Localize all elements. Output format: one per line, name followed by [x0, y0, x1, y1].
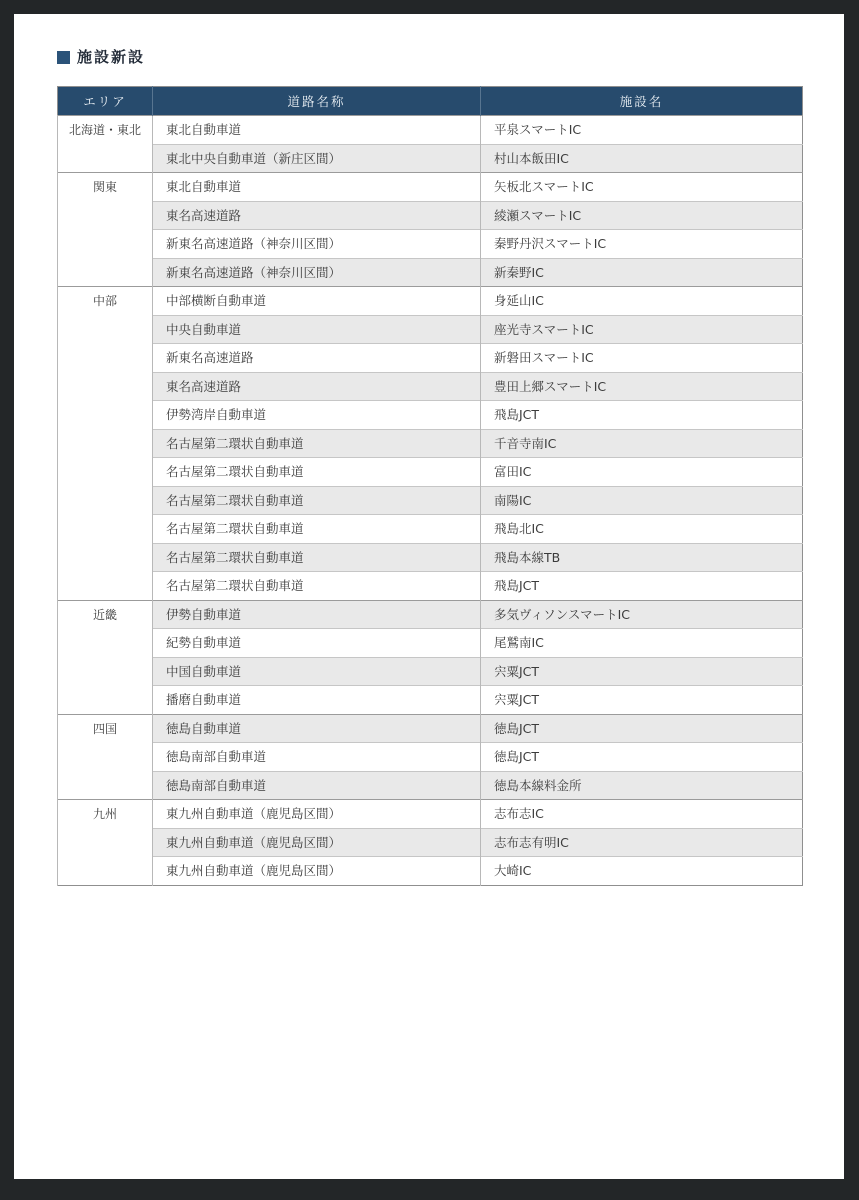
road-cell: 東北自動車道: [153, 173, 481, 202]
facility-cell: 徳島JCT: [481, 743, 803, 772]
facility-cell: 飛島本線TB: [481, 543, 803, 572]
table-row: 東名高速道路綾瀬スマートIC: [58, 201, 803, 230]
facility-cell: 志布志有明IC: [481, 828, 803, 857]
table-row: 四国徳島自動車道徳島JCT: [58, 714, 803, 743]
facility-cell: 飛島JCT: [481, 572, 803, 601]
facility-cell: 徳島JCT: [481, 714, 803, 743]
title-square-icon: [57, 51, 70, 64]
road-cell: 東名高速道路: [153, 201, 481, 230]
road-cell: 東九州自動車道（鹿児島区間）: [153, 828, 481, 857]
table-row: 徳島南部自動車道徳島JCT: [58, 743, 803, 772]
table-row: 東九州自動車道（鹿児島区間）大崎IC: [58, 857, 803, 886]
table-row: 播磨自動車道宍粟JCT: [58, 686, 803, 715]
road-cell: 名古屋第二環状自動車道: [153, 543, 481, 572]
facility-cell: 矢板北スマートIC: [481, 173, 803, 202]
area-cell: 北海道・東北: [58, 116, 153, 173]
facility-cell: 村山本飯田IC: [481, 144, 803, 173]
road-cell: 徳島南部自動車道: [153, 771, 481, 800]
road-cell: 新東名高速道路: [153, 344, 481, 373]
road-cell: 徳島南部自動車道: [153, 743, 481, 772]
table-row: 名古屋第二環状自動車道富田IC: [58, 458, 803, 487]
table-row: 近畿伊勢自動車道多気ヴィソンスマートIC: [58, 600, 803, 629]
table-row: 伊勢湾岸自動車道飛島JCT: [58, 401, 803, 430]
facility-cell: 座光寺スマートIC: [481, 315, 803, 344]
facility-cell: 尾鷲南IC: [481, 629, 803, 658]
table-row: 名古屋第二環状自動車道千音寺南IC: [58, 429, 803, 458]
table-row: 新東名高速道路新磐田スマートIC: [58, 344, 803, 373]
area-cell: 中部: [58, 287, 153, 601]
area-cell: 四国: [58, 714, 153, 800]
road-cell: 中央自動車道: [153, 315, 481, 344]
road-cell: 東名高速道路: [153, 372, 481, 401]
road-cell: 伊勢自動車道: [153, 600, 481, 629]
table-row: 東北中央自動車道（新庄区間）村山本飯田IC: [58, 144, 803, 173]
road-cell: 播磨自動車道: [153, 686, 481, 715]
road-cell: 東北中央自動車道（新庄区間）: [153, 144, 481, 173]
table-header-row: エリア 道路名称 施設名: [58, 87, 803, 116]
facility-cell: 多気ヴィソンスマートIC: [481, 600, 803, 629]
area-cell: 近畿: [58, 600, 153, 714]
header-area: エリア: [58, 87, 153, 116]
road-cell: 伊勢湾岸自動車道: [153, 401, 481, 430]
facility-cell: 飛島北IC: [481, 515, 803, 544]
facility-cell: 平泉スマートIC: [481, 116, 803, 145]
facility-cell: 宍粟JCT: [481, 657, 803, 686]
facility-cell: 秦野丹沢スマートIC: [481, 230, 803, 259]
table-header: エリア 道路名称 施設名: [58, 87, 803, 116]
table-row: 九州東九州自動車道（鹿児島区間）志布志IC: [58, 800, 803, 829]
road-cell: 新東名高速道路（神奈川区間）: [153, 258, 481, 287]
road-cell: 徳島自動車道: [153, 714, 481, 743]
road-cell: 東九州自動車道（鹿児島区間）: [153, 857, 481, 886]
facility-cell: 飛島JCT: [481, 401, 803, 430]
road-cell: 名古屋第二環状自動車道: [153, 486, 481, 515]
road-cell: 中国自動車道: [153, 657, 481, 686]
facility-cell: 宍粟JCT: [481, 686, 803, 715]
table-row: 関東東北自動車道矢板北スマートIC: [58, 173, 803, 202]
table-row: 徳島南部自動車道徳島本線料金所: [58, 771, 803, 800]
table-row: 名古屋第二環状自動車道南陽IC: [58, 486, 803, 515]
table-row: 紀勢自動車道尾鷲南IC: [58, 629, 803, 658]
document-page: 施設新設 エリア 道路名称 施設名 北海道・東北東北自動車道平泉スマートIC東北…: [14, 14, 844, 1179]
table-row: 新東名高速道路（神奈川区間）新秦野IC: [58, 258, 803, 287]
table-row: 新東名高速道路（神奈川区間）秦野丹沢スマートIC: [58, 230, 803, 259]
table-row: 名古屋第二環状自動車道飛島本線TB: [58, 543, 803, 572]
road-cell: 東九州自動車道（鹿児島区間）: [153, 800, 481, 829]
table-row: 東名高速道路豊田上郷スマートIC: [58, 372, 803, 401]
facility-cell: 千音寺南IC: [481, 429, 803, 458]
road-cell: 東北自動車道: [153, 116, 481, 145]
table-body: 北海道・東北東北自動車道平泉スマートIC東北中央自動車道（新庄区間）村山本飯田I…: [58, 116, 803, 886]
table-row: 名古屋第二環状自動車道飛島北IC: [58, 515, 803, 544]
section-title: 施設新設: [57, 50, 145, 65]
area-cell: 九州: [58, 800, 153, 886]
road-cell: 紀勢自動車道: [153, 629, 481, 658]
table-row: 東九州自動車道（鹿児島区間）志布志有明IC: [58, 828, 803, 857]
area-cell: 関東: [58, 173, 153, 287]
facility-cell: 富田IC: [481, 458, 803, 487]
table-row: 中央自動車道座光寺スマートIC: [58, 315, 803, 344]
table-row: 名古屋第二環状自動車道飛島JCT: [58, 572, 803, 601]
facility-cell: 南陽IC: [481, 486, 803, 515]
header-road: 道路名称: [153, 87, 481, 116]
header-facility: 施設名: [481, 87, 803, 116]
facility-cell: 豊田上郷スマートIC: [481, 372, 803, 401]
facility-cell: 徳島本線料金所: [481, 771, 803, 800]
road-cell: 名古屋第二環状自動車道: [153, 458, 481, 487]
road-cell: 名古屋第二環状自動車道: [153, 515, 481, 544]
road-cell: 名古屋第二環状自動車道: [153, 429, 481, 458]
table-row: 北海道・東北東北自動車道平泉スマートIC: [58, 116, 803, 145]
facility-cell: 綾瀬スマートIC: [481, 201, 803, 230]
road-cell: 名古屋第二環状自動車道: [153, 572, 481, 601]
facility-cell: 新秦野IC: [481, 258, 803, 287]
road-cell: 中部横断自動車道: [153, 287, 481, 316]
facility-cell: 身延山IC: [481, 287, 803, 316]
facility-cell: 志布志IC: [481, 800, 803, 829]
table-row: 中部中部横断自動車道身延山IC: [58, 287, 803, 316]
table-row: 中国自動車道宍粟JCT: [58, 657, 803, 686]
facility-cell: 大崎IC: [481, 857, 803, 886]
section-title-label: 施設新設: [77, 50, 145, 65]
facility-cell: 新磐田スマートIC: [481, 344, 803, 373]
road-cell: 新東名高速道路（神奈川区間）: [153, 230, 481, 259]
facilities-table: エリア 道路名称 施設名 北海道・東北東北自動車道平泉スマートIC東北中央自動車…: [57, 86, 803, 886]
